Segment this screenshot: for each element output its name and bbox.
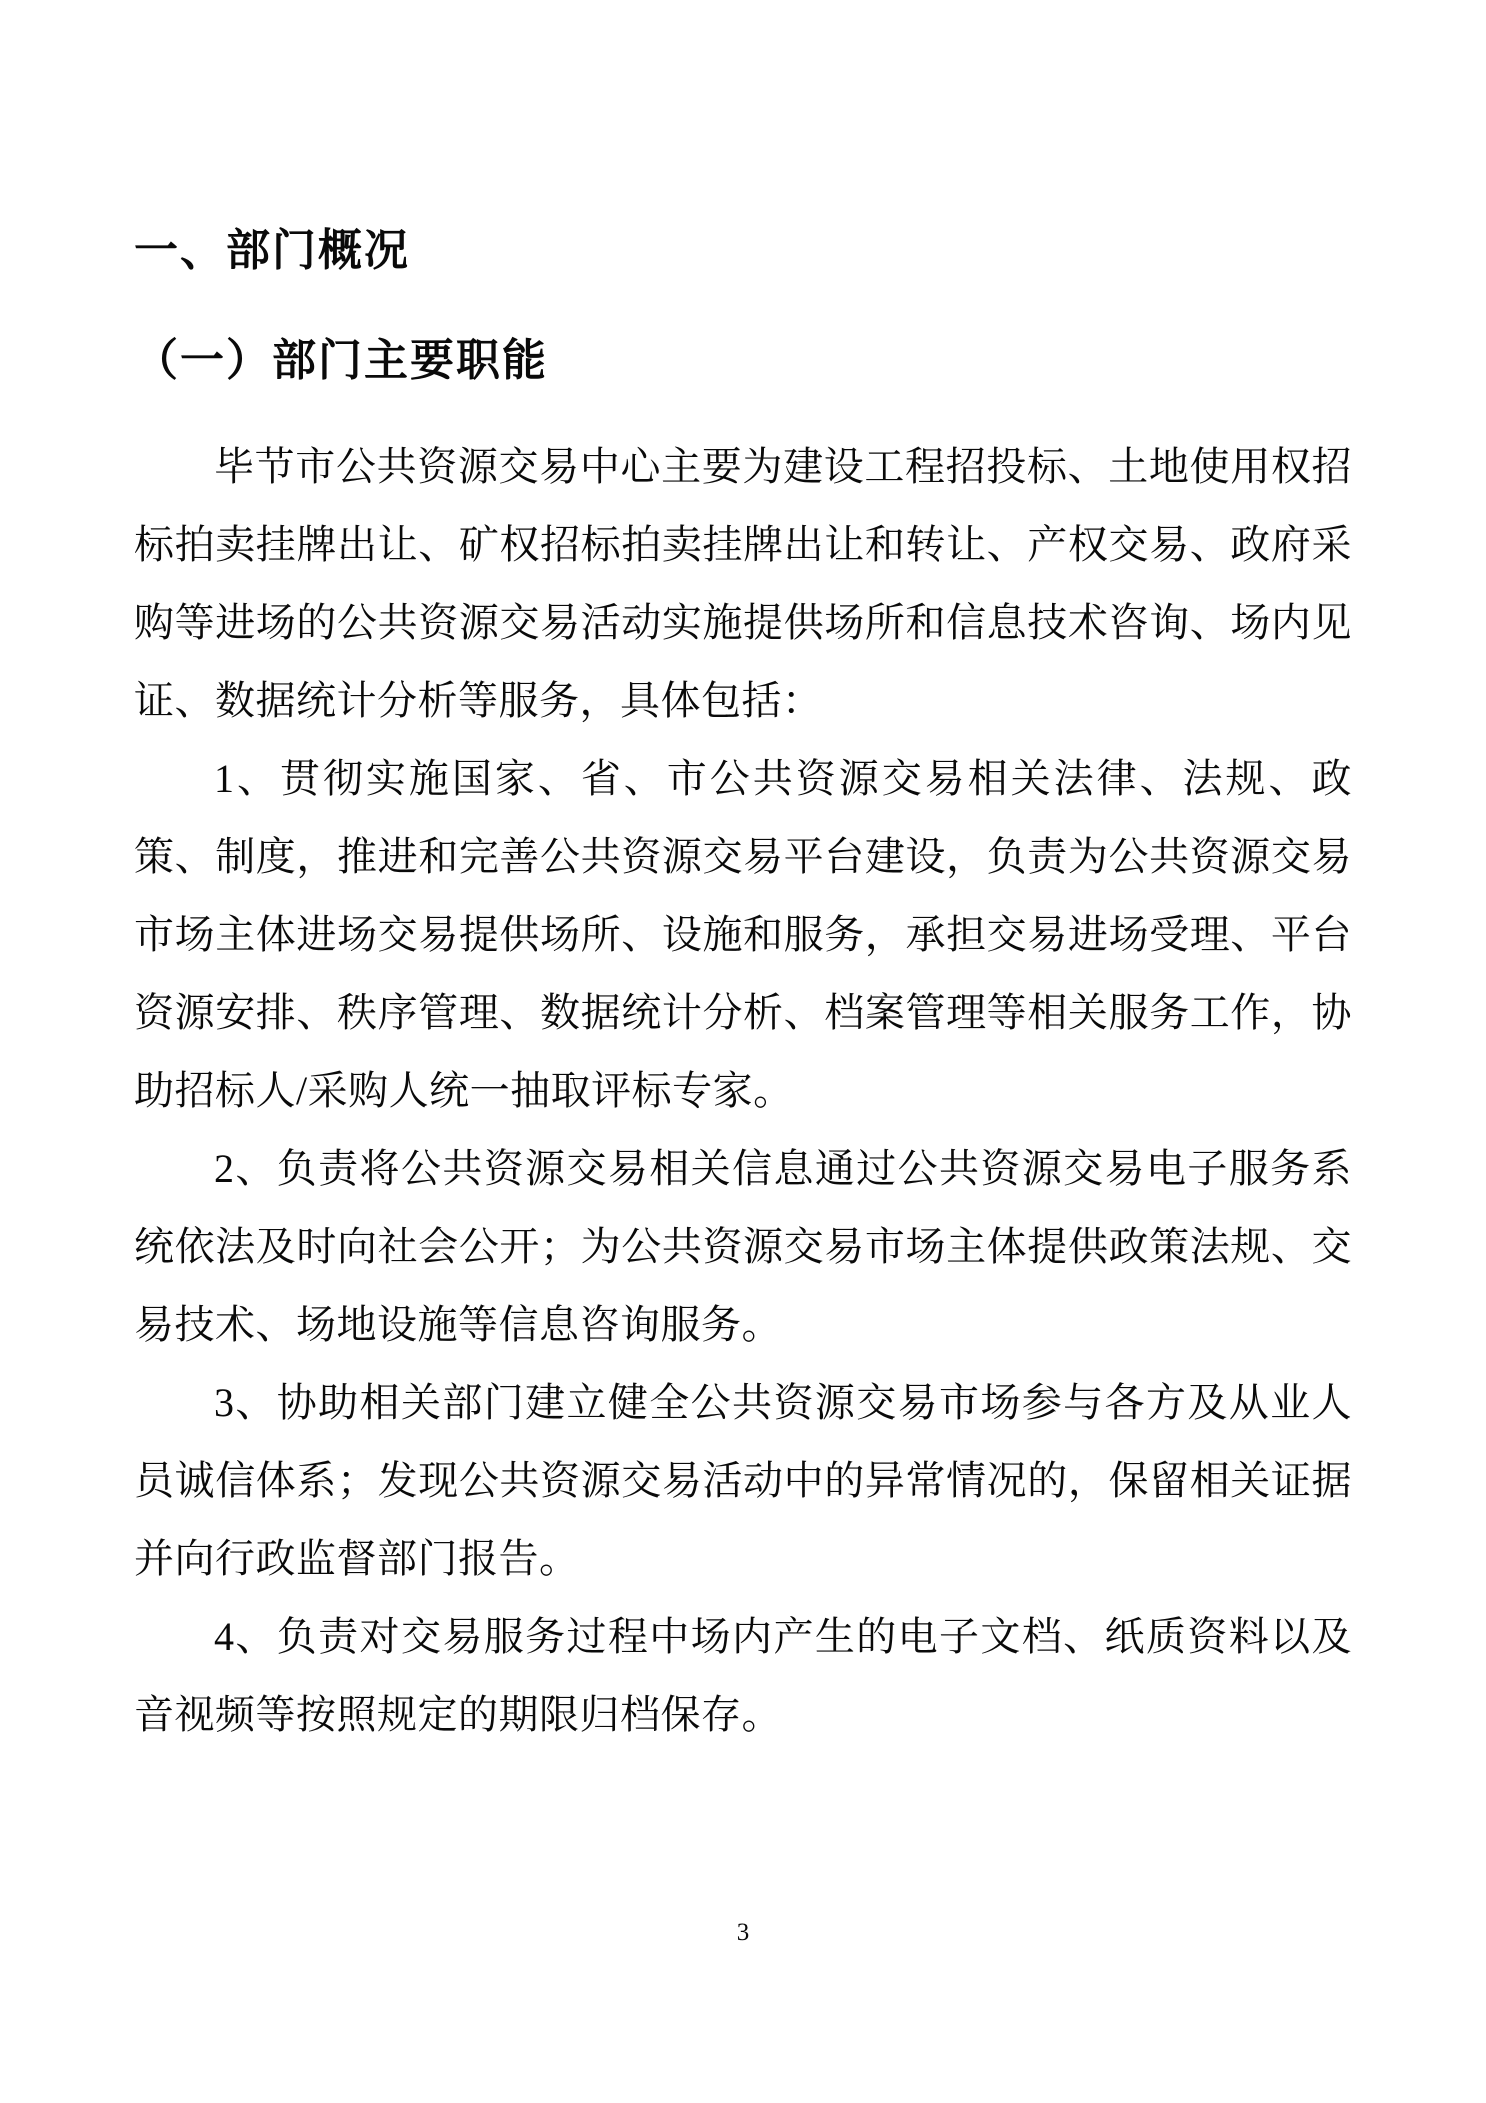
paragraph-function-4: 4、负责对交易服务过程中场内产生的电子文档、纸质资料以及音视频等按照规定的期限归… [134, 1598, 1352, 1754]
document-content: 一、部门概况 （一）部门主要职能 毕节市公共资源交易中心主要为建设工程招投标、土… [0, 0, 1486, 1754]
paragraph-function-3: 3、协助相关部门建立健全公共资源交易市场参与各方及从业人员诚信体系；发现公共资源… [134, 1364, 1352, 1598]
document-page: 一、部门概况 （一）部门主要职能 毕节市公共资源交易中心主要为建设工程招投标、土… [0, 0, 1486, 2103]
paragraph-function-2: 2、负责将公共资源交易相关信息通过公共资源交易电子服务系统依法及时向社会公开；为… [134, 1130, 1352, 1364]
section-heading: 一、部门概况 [134, 222, 1352, 280]
paragraph-overview: 毕节市公共资源交易中心主要为建设工程招投标、土地使用权招标拍卖挂牌出让、矿权招标… [134, 428, 1352, 740]
subsection-heading: （一）部门主要职能 [134, 332, 1352, 390]
paragraph-function-1: 1、贯彻实施国家、省、市公共资源交易相关法律、法规、政策、制度，推进和完善公共资… [134, 740, 1352, 1130]
page-number: 3 [0, 1916, 1486, 1950]
